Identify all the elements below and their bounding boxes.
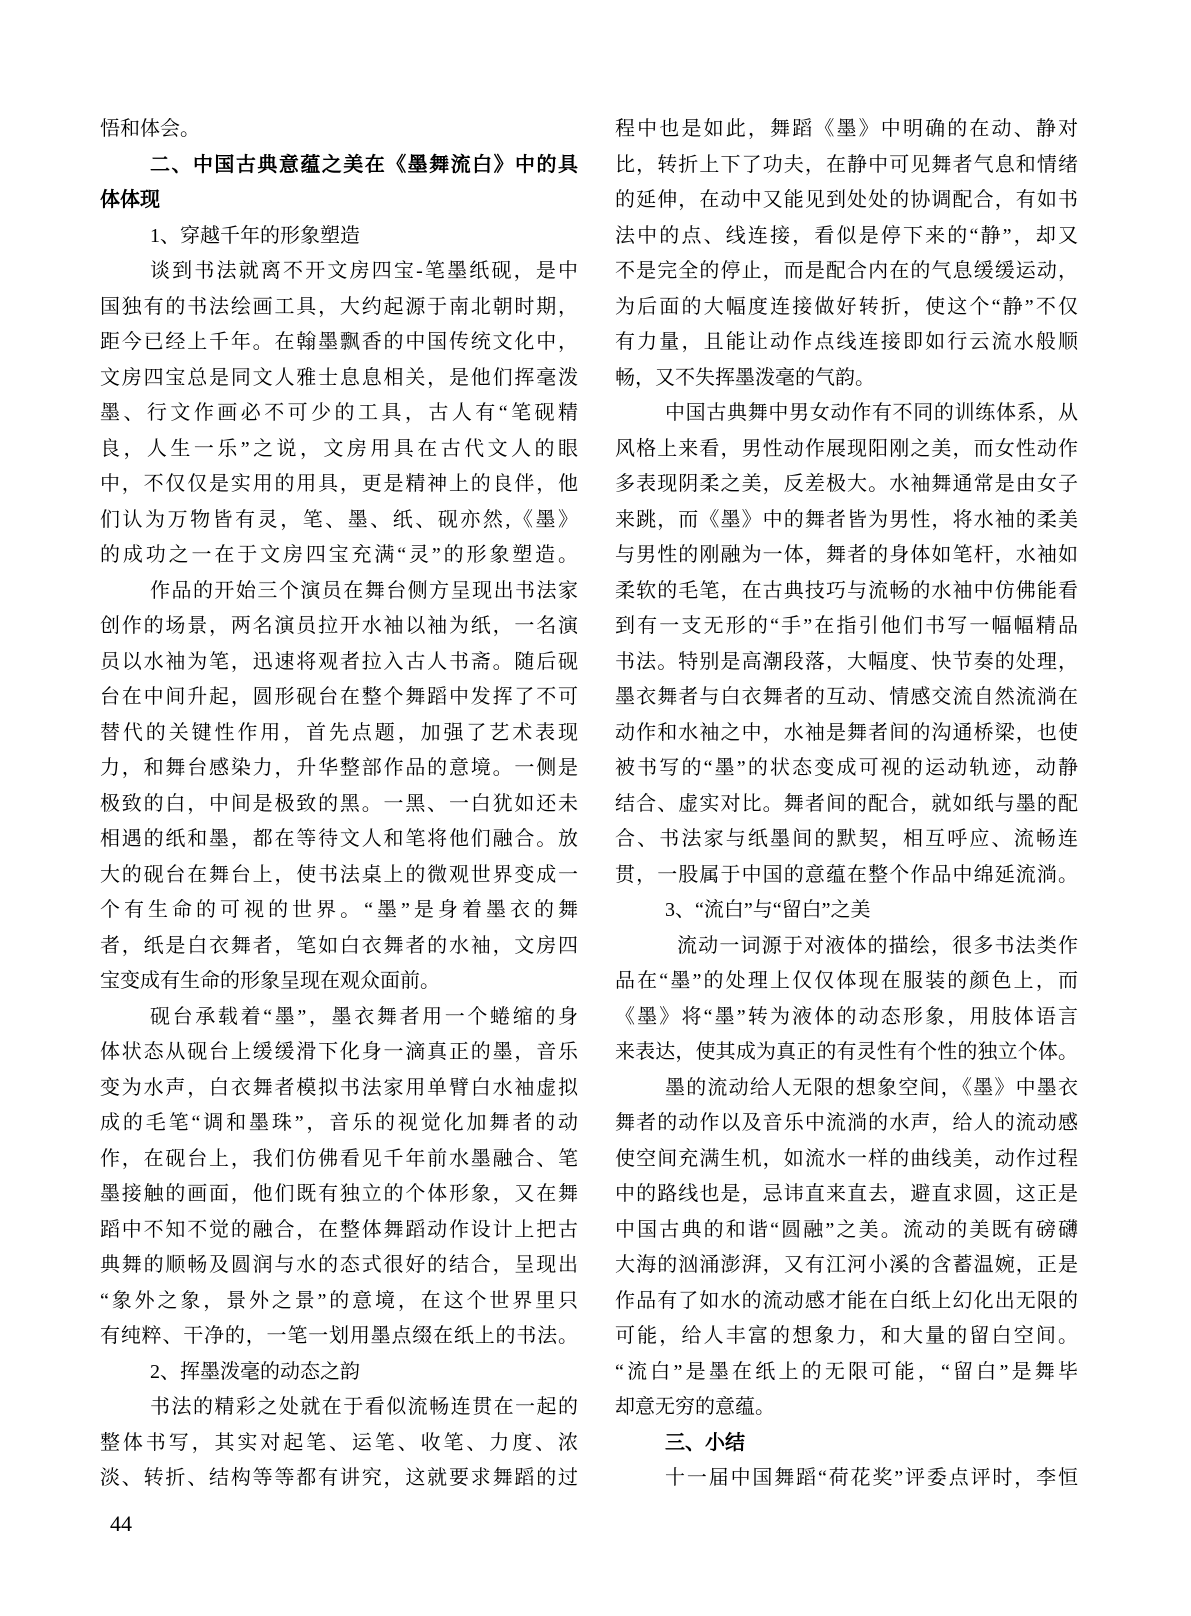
text-line: 极致的白，中间是极致的黑。一黑、一白犹如还未 (100, 787, 578, 823)
text-line: 作品的开始三个演员在舞台侧方呈现出书法家 (100, 574, 578, 610)
text-line: 比，转折上下了功夫，在静中可见舞者气息和情绪 (615, 148, 1078, 184)
text-line: 的延伸，在动中又能见到处处的协调配合，有如书 (615, 183, 1078, 219)
text-line: 程中也是如此，舞蹈《墨》中明确的在动、静对 (615, 112, 1078, 148)
heading-line: 体体现 (100, 183, 578, 219)
text-line: 流动一词源于对液体的描绘，很多书法类作 (615, 929, 1078, 965)
text-line: 国独有的书法绘画工具，大约起源于南北朝时期， (100, 290, 578, 326)
text-line: 墨的流动给人无限的想象空间，《墨》中墨衣 (615, 1071, 1078, 1107)
text-line: 员以水袖为笔，迅速将观者拉入古人书斋。随后砚 (100, 645, 578, 681)
text-line: 1、穿越千年的形象塑造 (100, 219, 578, 255)
text-line: 宝变成有生命的形象呈现在观众面前。 (100, 964, 578, 1000)
text-line: 谈到书法就离不开文房四宝-笔墨纸砚，是中 (100, 254, 578, 290)
text-line: 墨接触的画面，他们既有独立的个体形象，又在舞 (100, 1177, 578, 1213)
text-line: 成的毛笔“调和墨珠”，音乐的视觉化加舞者的动 (100, 1106, 578, 1142)
text-line: 十一届中国舞蹈“荷花奖”评委点评时，李恒 (615, 1461, 1078, 1497)
text-line: 大海的汹涌澎湃，又有江河小溪的含蓄温婉，正是 (615, 1248, 1078, 1284)
text-line: 3、“流白”与“留白”之美 (615, 893, 1078, 929)
text-line: 力，和舞台感染力，升华整部作品的意境。一侧是 (100, 751, 578, 787)
text-line: 大的砚台在舞台上，使书法桌上的微观世界变成一 (100, 858, 578, 894)
text-line: 淡、转折、结构等等都有讲究，这就要求舞蹈的过 (100, 1461, 578, 1497)
text-line: 舞者的动作以及音乐中流淌的水声，给人的流动感 (615, 1106, 1078, 1142)
text-line: 悟和体会。 (100, 112, 578, 148)
text-line: 与男性的刚融为一体，舞者的身体如笔杆，水袖如 (615, 538, 1078, 574)
left-column: 悟和体会。二、中国古典意蕴之美在《墨舞流白》中的具体体现1、穿越千年的形象塑造谈… (100, 112, 578, 1497)
text-line: 墨、行文作画必不可少的工具，古人有“笔砚精 (100, 396, 578, 432)
text-line: 法中的点、线连接，看似是停下来的“静”，却又 (615, 219, 1078, 255)
text-line: 个有生命的可视的世界。“墨”是身着墨衣的舞 (100, 893, 578, 929)
heading-line: 三、小结 (615, 1426, 1078, 1462)
page-number: 44 (110, 1510, 132, 1538)
text-line: 为后面的大幅度连接做好转折，使这个“静”不仅 (615, 290, 1078, 326)
text-line: 多表现阴柔之美，反差极大。水袖舞通常是由女子 (615, 467, 1078, 503)
text-line: 来跳，而《墨》中的舞者皆为男性，将水袖的柔美 (615, 503, 1078, 539)
text-line: 中，不仅仅是实用的用具，更是精神上的良伴，他 (100, 467, 578, 503)
text-line: 相遇的纸和墨，都在等待文人和笔将他们融合。放 (100, 822, 578, 858)
text-line: 来表达，使其成为真正的有灵性有个性的独立个体。 (615, 1035, 1078, 1071)
text-line: 中国古典舞中男女动作有不同的训练体系，从 (615, 396, 1078, 432)
text-line: 书法。特别是高潮段落，大幅度、快节奏的处理， (615, 645, 1078, 681)
text-line: 距今已经上千年。在翰墨飘香的中国传统文化中， (100, 325, 578, 361)
text-line: 作品有了如水的流动感才能在白纸上幻化出无限的 (615, 1284, 1078, 1320)
heading-line: 二、中国古典意蕴之美在《墨舞流白》中的具 (100, 148, 578, 184)
text-line: “象外之象，景外之景”的意境，在这个世界里只 (100, 1284, 578, 1320)
text-line: “流白”是墨在纸上的无限可能，“留白”是舞毕 (615, 1355, 1078, 1391)
text-line: 动作和水袖之中，水袖是舞者间的沟通桥梁，也使 (615, 716, 1078, 752)
text-line: 作，在砚台上，我们仿佛看见千年前水墨融合、笔 (100, 1142, 578, 1178)
text-line: 的成功之一在于文房四宝充满“灵”的形象塑造。 (100, 538, 578, 574)
text-line: 2、挥墨泼毫的动态之韵 (100, 1355, 578, 1391)
text-line: 不是完全的停止，而是配合内在的气息缓缓运动， (615, 254, 1078, 290)
text-line: 柔软的毛笔，在古典技巧与流畅的水袖中仿佛能看 (615, 574, 1078, 610)
text-line: 结合、虚实对比。舞者间的配合，就如纸与墨的配 (615, 787, 1078, 823)
text-line: 有力量，且能让动作点线连接即如行云流水般顺 (615, 325, 1078, 361)
text-line: 风格上来看，男性动作展现阳刚之美，而女性动作 (615, 432, 1078, 468)
text-line: 畅，又不失挥墨泼毫的气韵。 (615, 361, 1078, 397)
text-line: 台在中间升起，圆形砚台在整个舞蹈中发挥了不可 (100, 680, 578, 716)
text-line: 体状态从砚台上缓缓滑下化身一滴真正的墨，音乐 (100, 1035, 578, 1071)
text-line: 书法的精彩之处就在于看似流畅连贯在一起的 (100, 1390, 578, 1426)
text-line: 变为水声，白衣舞者模拟书法家用单臂白水袖虚拟 (100, 1071, 578, 1107)
text-line: 中的路线也是，忌讳直来直去，避直求圆，这正是 (615, 1177, 1078, 1213)
document-page: 悟和体会。二、中国古典意蕴之美在《墨舞流白》中的具体体现1、穿越千年的形象塑造谈… (0, 0, 1191, 1616)
text-line: 创作的场景，两名演员拉开水袖以袖为纸，一名演 (100, 609, 578, 645)
text-line: 中国古典的和谐“圆融”之美。流动的美既有磅礴 (615, 1213, 1078, 1249)
text-line: 者，纸是白衣舞者，笔如白衣舞者的水袖，文房四 (100, 929, 578, 965)
text-line: 《墨》将“墨”转为液体的动态形象，用肢体语言 (615, 1000, 1078, 1036)
text-line: 替代的关键性作用，首先点题，加强了艺术表现 (100, 716, 578, 752)
right-column: 程中也是如此，舞蹈《墨》中明确的在动、静对比，转折上下了功夫，在静中可见舞者气息… (615, 112, 1078, 1497)
text-line: 合、书法家与纸墨间的默契，相互呼应、流畅连 (615, 822, 1078, 858)
text-line: 到有一支无形的“手”在指引他们书写一幅幅精品 (615, 609, 1078, 645)
text-line: 文房四宝总是同文人雅士息息相关，是他们挥毫泼 (100, 361, 578, 397)
text-line: 典舞的顺畅及圆润与水的态式很好的结合，呈现出 (100, 1248, 578, 1284)
text-line: 墨衣舞者与白衣舞者的互动、情感交流自然流淌在 (615, 680, 1078, 716)
text-line: 有纯粹、干净的，一笔一划用墨点缀在纸上的书法。 (100, 1319, 578, 1355)
text-line: 被书写的“墨”的状态变成可视的运动轨迹，动静 (615, 751, 1078, 787)
text-line: 可能，给人丰富的想象力，和大量的留白空间。 (615, 1319, 1078, 1355)
text-line: 整体书写，其实对起笔、运笔、收笔、力度、浓 (100, 1426, 578, 1462)
text-line: 贯，一股属于中国的意蕴在整个作品中绵延流淌。 (615, 858, 1078, 894)
text-line: 良，人生一乐”之说，文房用具在古代文人的眼 (100, 432, 578, 468)
text-line: 们认为万物皆有灵，笔、墨、纸、砚亦然,《墨》 (100, 503, 578, 539)
text-line: 品在“墨”的处理上仅仅体现在服装的颜色上，而 (615, 964, 1078, 1000)
text-line: 蹈中不知不觉的融合，在整体舞蹈动作设计上把古 (100, 1213, 578, 1249)
text-line: 使空间充满生机，如流水一样的曲线美，动作过程 (615, 1142, 1078, 1178)
text-line: 却意无穷的意蕴。 (615, 1390, 1078, 1426)
text-line: 砚台承载着“墨”，墨衣舞者用一个蜷缩的身 (100, 1000, 578, 1036)
